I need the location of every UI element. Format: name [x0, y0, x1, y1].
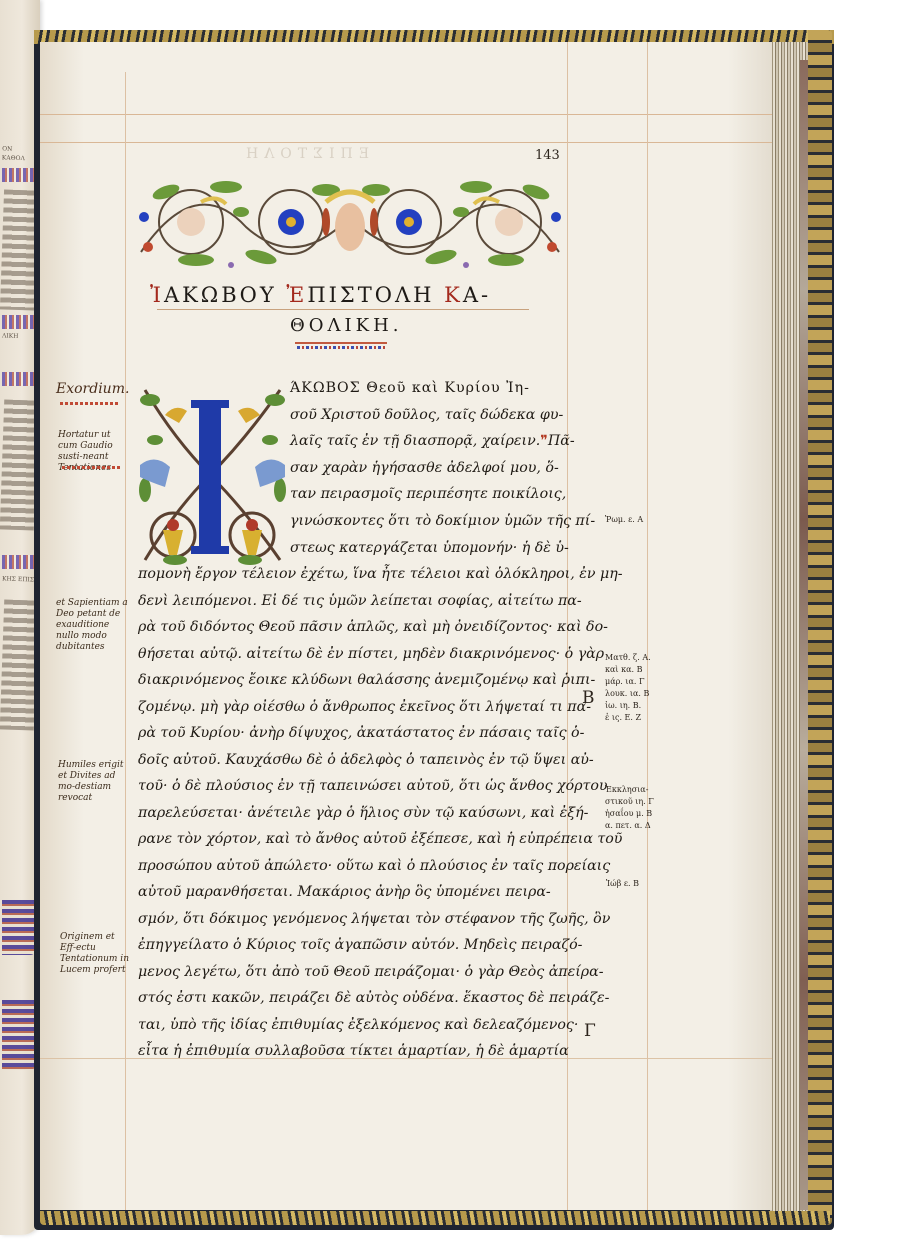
text-span: λαῖς ταῖς ἐν τῇ διασπορᾷ, χαίρειν. [290, 433, 540, 449]
title-rubric-letter: Ἐ [286, 283, 307, 307]
text-line: δοῖς αὐτοῦ. Καυχάσθω δὲ ὁ ἀδελφὸς ὁ ταπε… [138, 752, 594, 768]
previous-page-ornament [2, 555, 36, 569]
previous-page-heading: ΚΗΣ ΕΠΙΣ [2, 574, 36, 584]
title-underline [157, 309, 529, 310]
text-span: Πᾶ- [548, 433, 575, 449]
margin-red-underline [62, 466, 122, 469]
reference-line: Ματθ. ζ. Α. [605, 652, 651, 664]
reference-line: ἡσαΐου μ. Β [605, 808, 654, 820]
text-line: αὐτοῦ μαρανθήσεται. Μακάριος ἀνὴρ ὃς ὑπο… [138, 884, 551, 900]
page-number: 143 [535, 148, 560, 163]
previous-page-text [0, 399, 38, 530]
text-line: παρελεύσεται· ἀνέτειλε γὰρ ὁ ἥλιος σὺν τ… [138, 805, 588, 821]
reference-line: ἐ ις. Ε. Ζ [605, 712, 651, 724]
previous-page-heading: ΛΙΚΗ [2, 331, 36, 341]
reference-line: λουκ. ια. Β [605, 688, 651, 700]
blue-flower-icon [396, 209, 422, 235]
title-red-underline [295, 342, 387, 344]
text-line: ζομένῳ. μὴ γὰρ οἰέσθω ὁ ἄνθρωπος ἐκεῖνος… [138, 699, 591, 715]
title-text: Α- [463, 283, 491, 307]
previous-page-ornament [2, 315, 36, 329]
epistle-title-line-1: ἸΑΚΩΒΟΥ ἘΠΙΣΤΟΛΗ ΚΑ- [150, 283, 570, 307]
grotesque-mask-icon [335, 203, 365, 251]
margin-note: Humiles erigit et Divites ad mo-destiam … [58, 760, 130, 804]
illuminated-initial-iota [135, 380, 290, 570]
previous-page-ornament [2, 372, 36, 386]
text-line: σμόν, ὅτι δόκιμος γενόμενος λήψεται τὸν … [138, 911, 610, 927]
bleed-through-running-head: ΕΠΙΣΤΟΛΗ [240, 146, 369, 162]
illuminated-headpiece [136, 172, 564, 276]
text-line: ταν πειρασμοῖς περιπέσητε ποικίλοις, [290, 486, 566, 502]
text-line: γινώσκοντες ὅτι τὸ δοκίμιον ὑμῶν τῆς πί- [290, 513, 595, 529]
gilt-border-right [808, 30, 832, 1225]
text-line: ρὰ τοῦ Κυρίου· ἀνὴρ δίψυχος, ἀκατάστατος… [138, 725, 584, 741]
text-line: τοῦ· ὁ δὲ πλούσιος ἐν τῇ ταπεινώσει αὐτο… [138, 778, 608, 794]
previous-page-ornament [2, 900, 36, 955]
reference-line: ἰω. ιη. Β. [605, 700, 651, 712]
text-line: ρὰ τοῦ διδόντος Θεοῦ πᾶσιν ἁπλῶς, καὶ μὴ… [138, 619, 608, 635]
title-rubric-letter: Κ [444, 283, 463, 307]
text-line: λαῖς ταῖς ἐν τῇ διασπορᾷ, χαίρειν.❞Πᾶ- [290, 433, 575, 449]
title-rubric-letter: Ἰ [150, 283, 164, 307]
margin-red-underline [60, 402, 120, 405]
text-line: ἐπηγγείλατο ὁ Κύριος τοῖς ἀγαπῶσιν αὐτόν… [138, 937, 582, 953]
ruled-margin-line [647, 42, 648, 1210]
text-line: σαν χαρὰν ἡγήσασθε ἀδελφοί μου, ὅ- [290, 460, 559, 476]
title-text: ΑΚΩΒΟΥ [164, 283, 286, 307]
reference-line: Ἐκκλησια- [605, 784, 654, 796]
scripture-reference: Ῥωμ. ε. Α [605, 514, 643, 526]
previous-page-illumination [2, 1000, 36, 1070]
reference-line: καὶ κα. Β [605, 664, 651, 676]
text-line: εἶτα ἡ ἐπιθυμία συλλαβοῦσα τίκτει ἁμαρτί… [138, 1043, 569, 1059]
reference-line: στικοῦ ιη. Γ [605, 796, 654, 808]
scripture-reference: Ματθ. ζ. Α. καὶ κα. Β μάρ. ια. Γ λουκ. ι… [605, 652, 651, 724]
text-line: στεως κατεργάζεται ὑπομονήν· ἡ δὲ ὑ- [290, 540, 569, 556]
title-dotted-ornament [297, 346, 385, 349]
text-line: ρανε τὸν χόρτον, καὶ τὸ ἄνθος αὐτοῦ ἐξέπ… [138, 831, 622, 847]
margin-note-title: Exordium. [56, 384, 129, 395]
title-text: ΠΙΣΤΟΛΗ [307, 283, 444, 307]
margin-note: Originem et Eff-ectu Tentationum in Luce… [60, 932, 132, 976]
text-line: ται, ὑπὸ τῆς ἰδίας ἐπιθυμίας ἐξελκόμενος… [138, 1017, 578, 1033]
text-line: δενὶ λειπόμενοι. Εἰ δέ τις ὑμῶν λείπεται… [138, 593, 582, 609]
reference-line: μάρ. ια. Γ [605, 676, 651, 688]
scripture-reference: Ἐκκλησια- στικοῦ ιη. Γ ἡσαΐου μ. Β α. πε… [605, 784, 654, 832]
previous-page-running-head: ΟΝ ΚΑΘΟΛ [2, 144, 37, 163]
marbled-edge [800, 60, 808, 1210]
ruled-line [40, 114, 772, 115]
blue-flower-icon [278, 209, 304, 235]
previous-page-ornament [2, 168, 36, 182]
reference-line: α. πετ. α. Δ [605, 820, 654, 832]
text-line: σοῦ Χριστοῦ δοῦλος, ταῖς δώδεκα φυ- [290, 407, 563, 423]
text-line: προσώπου αὐτοῦ ἀπώλετο· οὕτω καὶ ὁ πλούσ… [138, 858, 610, 874]
gilt-border-bottom [40, 1211, 830, 1225]
text-line: διακρινόμενος ἔοικε κλύδωνι θαλάσσης ἀνε… [138, 672, 595, 688]
ruled-line [40, 142, 772, 143]
epistle-title-line-2: ΘΟΛΙΚΗ. [290, 315, 403, 336]
grotesque-face-icon [177, 208, 205, 236]
section-letter: Γ [584, 1021, 596, 1041]
text-line: μενος λεγέτω, ὅτι ἀπὸ τοῦ Θεοῦ πειράζομα… [138, 964, 604, 980]
initial-letter-stem [199, 402, 221, 552]
text-line: πομονὴ ἔργον τέλειον ἐχέτω, ἵνα ἦτε τέλε… [138, 566, 623, 582]
previous-page-text [0, 189, 38, 310]
paragraph-mark-icon: ❞ [540, 433, 548, 449]
text-line: στός ἐστι κακῶν, πειράζει δὲ αὐτὸς οὐδέν… [138, 990, 609, 1006]
text-line: θήσεται αὐτῷ. αἰτείτω δὲ ἐν πίστει, μηδὲ… [138, 646, 604, 662]
scripture-reference: Ἰώβ ε. Β [606, 878, 639, 890]
grotesque-face-icon [495, 208, 523, 236]
text-line: ΆΚΩΒΟΣ Θεοῦ καὶ Κυρίου Ἰη- [290, 380, 530, 396]
section-letter: B [582, 688, 595, 708]
margin-note: et Sapientiam a Deo petant de exaudition… [56, 598, 128, 653]
previous-page-text [0, 599, 38, 730]
